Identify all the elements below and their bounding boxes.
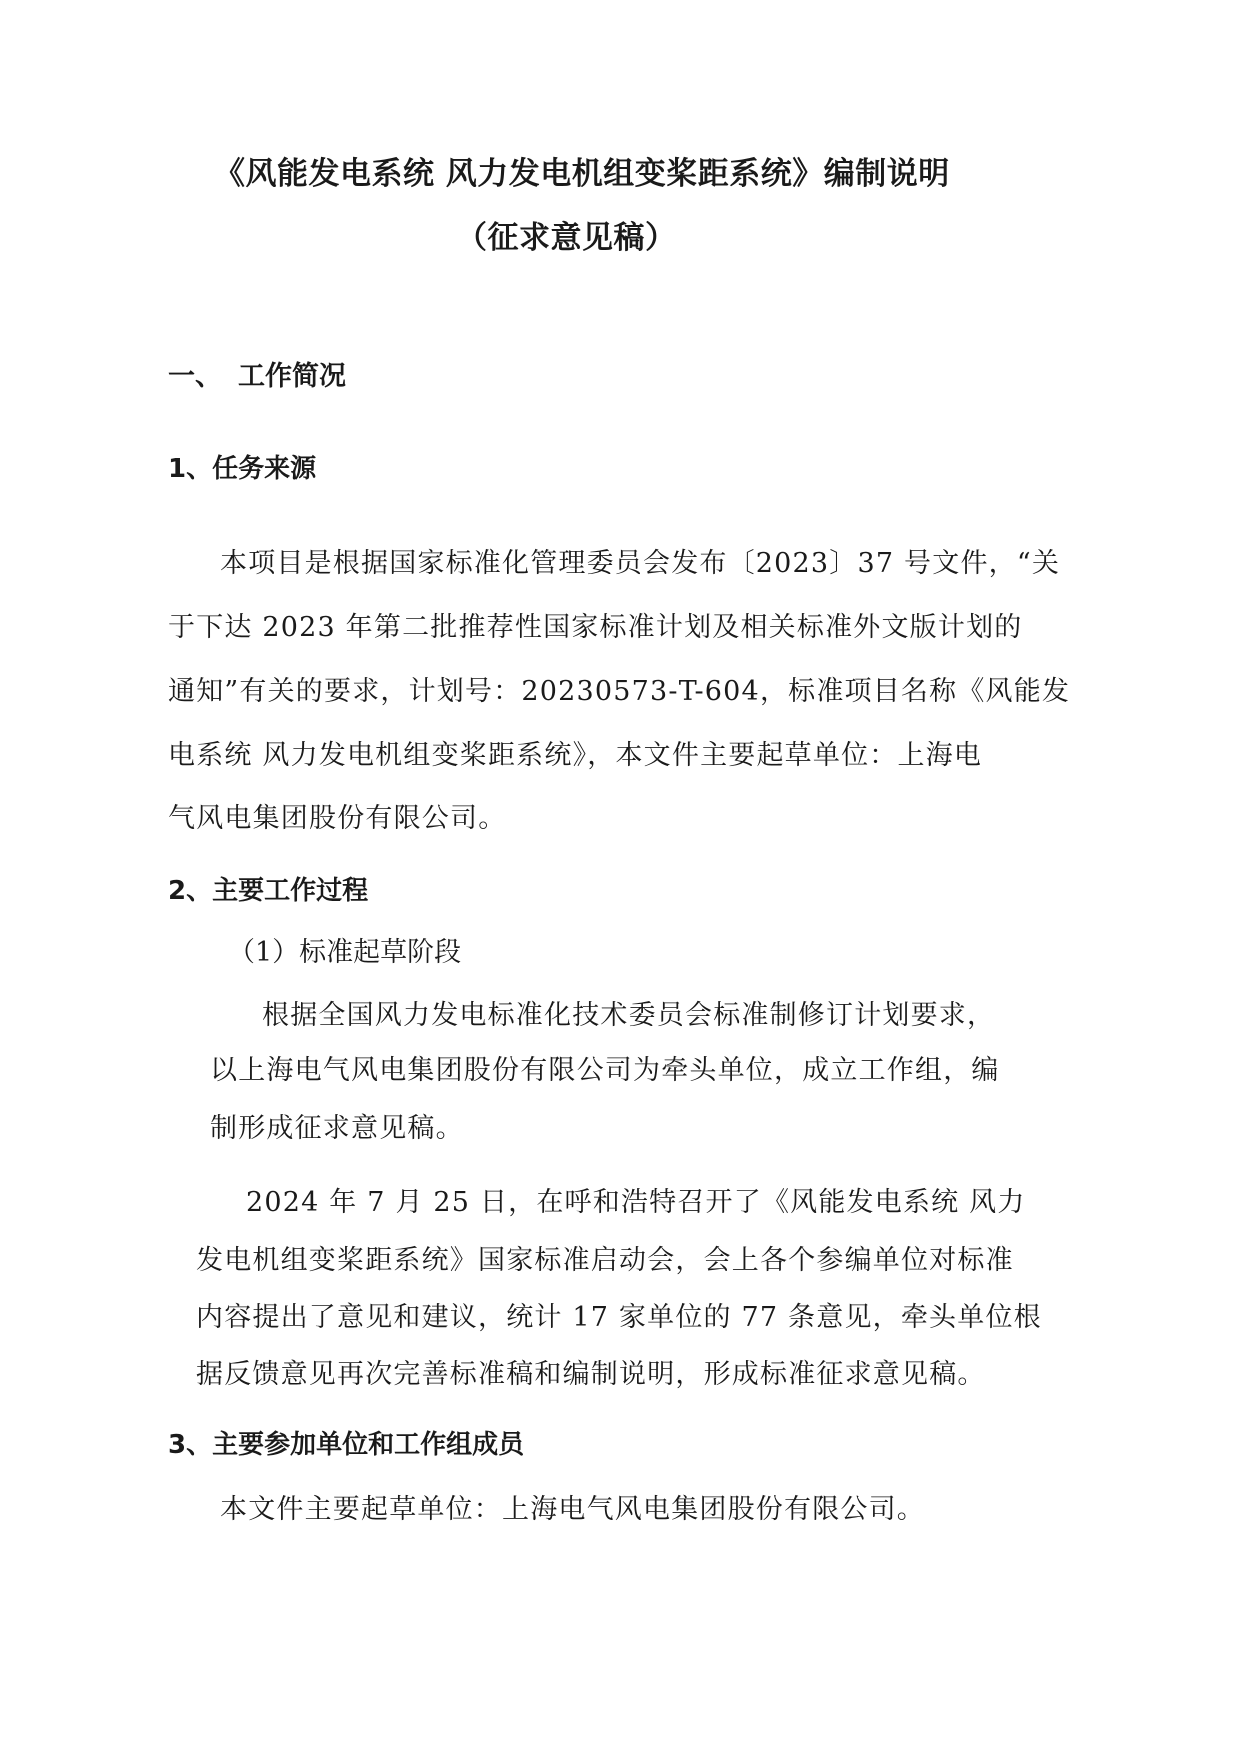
paragraph-line: 制形成征求意见稿。: [210, 1106, 464, 1145]
document-subtitle: （征求意见稿）: [456, 212, 677, 257]
paragraph-line: 本项目是根据国家标准化管理委员会发布〔2023〕37 号文件，“关: [220, 541, 1060, 580]
section-heading: 工作简况: [238, 354, 346, 393]
paragraph-line: 以上海电气风电集团股份有限公司为牵头单位，成立工作组，编: [210, 1048, 1000, 1087]
paragraph-line: 据反馈意见再次完善标准稿和编制说明，形成标准征求意见稿。: [196, 1352, 986, 1391]
subsection-heading-work-process: 2、主要工作过程: [168, 870, 368, 907]
section-number: 一、: [168, 354, 222, 393]
stage-label: （1）标准起草阶段: [228, 930, 461, 969]
paragraph-line: 发电机组变桨距系统》国家标准启动会，会上各个参编单位对标准: [196, 1238, 1014, 1277]
paragraph-line: 电系统 风力发电机组变桨距系统》，本文件主要起草单位：上海电: [168, 733, 982, 772]
paragraph-line: 气风电集团股份有限公司。: [168, 796, 506, 835]
paragraph-line: 根据全国风力发电标准化技术委员会标准制修订计划要求，: [262, 993, 995, 1032]
subsection-heading-task-source: 1、任务来源: [168, 448, 316, 485]
subsection-heading-participants: 3、主要参加单位和工作组成员: [168, 1424, 524, 1461]
paragraph-line: 通知”有关的要求，计划号：20230573-T-604，标准项目名称《风能发: [168, 669, 1070, 708]
paragraph-line: 于下达 2023 年第二批推荐性国家标准计划及相关标准外文版计划的: [168, 605, 1022, 644]
document-title: 《风能发电系统 风力发电机组变桨距系统》编制说明: [214, 148, 950, 193]
paragraph-line: 内容提出了意见和建议，统计 17 家单位的 77 条意见，牵头单位根: [196, 1295, 1042, 1334]
paragraph-line: 2024 年 7 月 25 日，在呼和浩特召开了《风能发电系统 风力: [246, 1180, 1026, 1219]
paragraph-line: 本文件主要起草单位：上海电气风电集团股份有限公司。: [220, 1487, 925, 1526]
